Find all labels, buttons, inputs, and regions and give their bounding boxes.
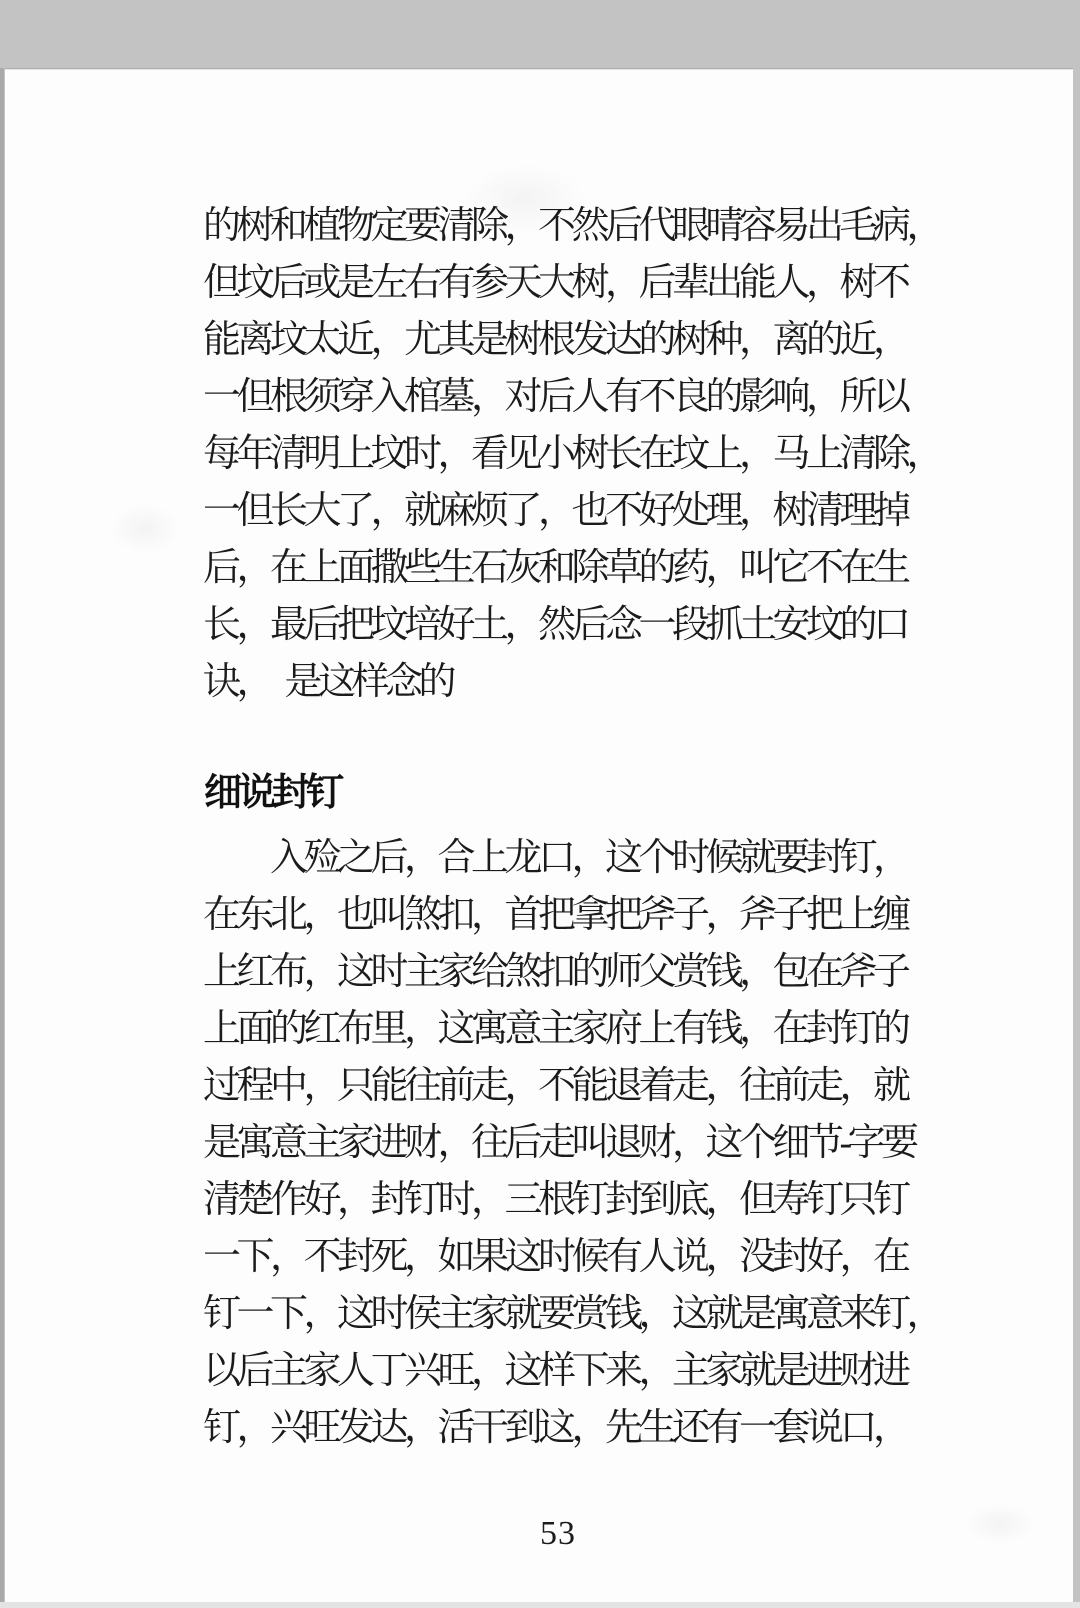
text-line: 清楚作好，封钉时，三根钉封到底，但寿钉只钉 (203, 1172, 943, 1229)
text-line: 一但长大了，就麻烦了，也不好处理，树清理掉 (203, 483, 943, 540)
text-line: 诀， 是这样念的 (203, 654, 943, 711)
paragraph-body: 入殓之后，合上龙口，这个时候就要封钉， 在东北，也叫煞扣，首把拿把斧子，斧子把上… (203, 830, 943, 1457)
page-number: 53 (203, 1512, 913, 1556)
page-bottom-edge (0, 1602, 1080, 1608)
section-heading: 细说封钉 (204, 770, 340, 816)
text-line: 过程中，只能往前走，不能退着走，往前走，就 (203, 1058, 943, 1115)
text-line: 一但根须穿入棺墓，对后人有不良的影响，所以 (203, 369, 943, 426)
text-line: 的树和植物定要清除，不然后代眼晴容易出毛病， (203, 198, 943, 255)
text-line: 一下，不封死，如果这时候有人说，没封好，在 (203, 1229, 943, 1286)
text-line: 以后主家人丁兴旺，这样下来，主家就是进财进 (203, 1343, 943, 1400)
text-line: 在东北，也叫煞扣，首把拿把斧子，斧子把上缠 (203, 887, 943, 944)
text-line: 是寓意主家进财，往后走叫退财，这个细节-字要 (203, 1115, 943, 1172)
text-line: 能离坟太近，尤其是树根发达的树种，离的近， (203, 312, 943, 369)
text-line: 钉，兴旺发达，活干到这，先生还有一套说口， (203, 1400, 943, 1457)
page-left-edge (0, 68, 4, 1603)
scan-smudge (965, 1504, 1035, 1544)
text-line: 钉一下，这时侯主家就要赏钱，这就是寓意来钉， (203, 1286, 943, 1343)
text-line: 但坟后或是左右有参天大树，后辈出能人，树不 (203, 255, 943, 312)
text-line: 入殓之后，合上龙口，这个时候就要封钉， (203, 830, 943, 887)
scan-smudge (110, 504, 180, 554)
text-line: 长，最后把坟培好土，然后念一段抓土安坟的口 (203, 597, 943, 654)
text-line: 上红布，这时主家给煞扣的师父赏钱，包在斧子 (203, 944, 943, 1001)
text-line: 后，在上面撒些生石灰和除草的药，叫它不在生 (203, 540, 943, 597)
text-line: 上面的红布里，这寓意主家府上有钱，在封钉的 (203, 1001, 943, 1058)
paragraph-continuation: 的树和植物定要清除，不然后代眼晴容易出毛病， 但坟后或是左右有参天大树，后辈出能… (203, 198, 943, 711)
scan-background: 的树和植物定要清除，不然后代眼晴容易出毛病， 但坟后或是左右有参天大树，后辈出能… (0, 0, 1080, 1608)
text-line: 每年清明上坟时，看见小树长在坟上，马上清除， (203, 426, 943, 483)
